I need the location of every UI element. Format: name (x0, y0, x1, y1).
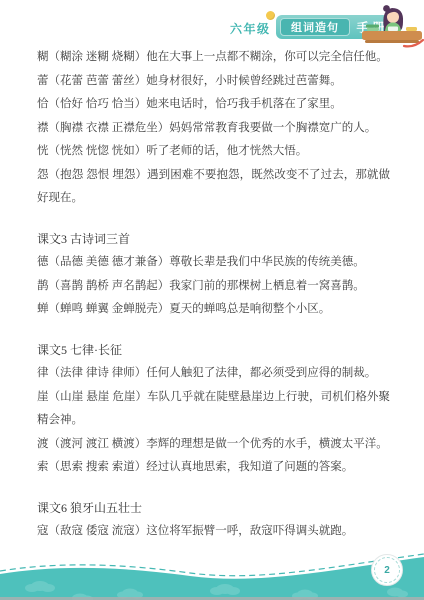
yellow-dot-icon (266, 11, 275, 20)
word-entry: 律（法律 律诗 律师）任何人触犯了法律，都必须受到应得的制裁。 (37, 362, 390, 386)
word-entry: 索（思索 搜索 索道）经过认真地思索，我知道了问题的答案。 (37, 456, 390, 480)
word-entry: 德（品德 美德 德才兼备）尊敬长辈是我们中华民族的传统美德。 (37, 251, 390, 275)
word-entry: 渡（渡河 渡江 横渡）李辉的理想是做一个优秀的水手，横渡太平洋。 (37, 433, 390, 457)
handbook-page: 六年级 组词造句 手册 (0, 0, 424, 600)
grade-label: 六年级 (230, 20, 271, 37)
word-entry: 恍（恍然 恍惚 恍如）听了老师的话，他才恍然大悟。 (37, 140, 390, 164)
page-number: 2 (384, 565, 390, 576)
section-title: 课文6 狼牙山五壮士 (37, 497, 390, 521)
word-entry: 糊（糊涂 迷糊 烧糊）他在大事上一点都不糊涂，你可以完全信任他。 (37, 46, 390, 70)
section-title: 课文5 七律·长征 (37, 339, 390, 363)
word-entry: 怨（抱怨 怨恨 埋怨）遇到困难不要抱怨，既然改变不了过去，那就做好现在。 (37, 164, 390, 211)
word-entry: 蕾（花蕾 芭蕾 蕾丝）她身材很好，小时候曾经跳过芭蕾舞。 (37, 70, 390, 94)
word-entry: 襟（胸襟 衣襟 正襟危坐）妈妈常常教育我要做一个胸襟宽广的人。 (37, 117, 390, 141)
badge-title: 组词造句 (280, 18, 350, 36)
word-entry: 寇（敌寇 倭寇 流寇）这位将军振臂一呼，敌寇吓得调头就跑。 (37, 520, 390, 544)
word-entry: 蝉（蝉鸣 蝉翼 金蝉脱壳）夏天的蝉鸣总是响彻整个小区。 (37, 298, 390, 322)
page-header: 六年级 组词造句 手册 (0, 0, 424, 52)
footer-wave (0, 552, 424, 600)
page-number-badge: 2 (371, 554, 403, 586)
word-entry: 鹊（喜鹊 鹊桥 声名鹊起）我家门前的那棵树上栖息着一窝喜鹊。 (37, 275, 390, 299)
section-title: 课文3 古诗词三首 (37, 228, 390, 252)
word-entry: 恰（恰好 恰巧 恰当）她来电话时，恰巧我手机落在了家里。 (37, 93, 390, 117)
content: 糊（糊涂 迷糊 烧糊）他在大事上一点都不糊涂，你可以完全信任他。蕾（花蕾 芭蕾 … (37, 46, 390, 544)
girl-studying-icon (360, 0, 424, 50)
word-entry: 崖（山崖 悬崖 危崖）车队几乎就在陡壁悬崖边上行驶，司机们格外聚精会神。 (37, 386, 390, 433)
